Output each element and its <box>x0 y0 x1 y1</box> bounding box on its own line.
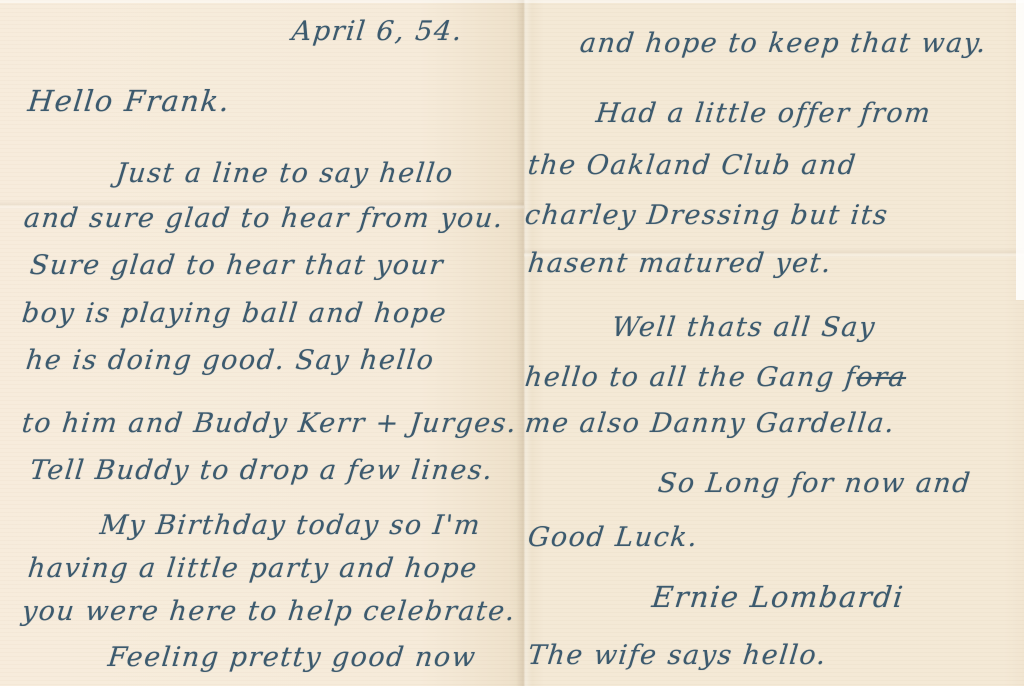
scanner-edge <box>1016 0 1024 300</box>
letter-line: charley Dressing but its <box>523 200 890 231</box>
letter-line: My Birthday today so I'm <box>98 510 482 541</box>
signature: Ernie Lombardi <box>650 580 906 614</box>
scanned-letter: April 6, 54. Hello Frank. Just a line to… <box>0 0 1024 686</box>
center-fold <box>516 0 532 686</box>
letter-line: boy is playing ball and hope <box>20 298 448 329</box>
letter-line: So Long for now and <box>656 468 972 499</box>
letter-line-with-correction: hello to all the Gang fora <box>523 362 907 393</box>
letter-line: having a little party and hope <box>26 553 479 584</box>
letter-line: Sure glad to hear that your <box>28 250 445 281</box>
date-line: April 6, 54. <box>290 16 464 47</box>
postscript-line: The wife says hello. <box>526 640 828 671</box>
letter-line: and sure glad to hear from you. <box>22 203 505 234</box>
scanner-edge <box>0 0 1024 3</box>
letter-line: me also Danny Gardella. <box>523 408 896 439</box>
letter-line: and hope to keep that way. <box>578 28 988 59</box>
letter-line-text: hello to all the Gang f <box>523 362 858 393</box>
letter-line: Good Luck. <box>526 522 700 553</box>
letter-line: the Oakland Club and <box>526 150 858 181</box>
letter-line: Well thats all Say <box>610 312 877 343</box>
letter-line: Had a little offer from <box>594 98 933 129</box>
letter-line: hasent matured yet. <box>526 248 833 279</box>
crossed-out-word: ora <box>855 362 908 393</box>
letter-line: Just a line to say hello <box>114 158 455 189</box>
letter-line: Tell Buddy to drop a few lines. <box>28 455 495 486</box>
letter-line: Feeling pretty good now <box>106 642 478 673</box>
letter-line: to him and Buddy Kerr + Jurges. <box>20 408 518 439</box>
letter-line: you were here to help celebrate. <box>20 596 517 627</box>
salutation: Hello Frank. <box>26 84 232 118</box>
letter-line: he is doing good. Say hello <box>24 345 436 376</box>
